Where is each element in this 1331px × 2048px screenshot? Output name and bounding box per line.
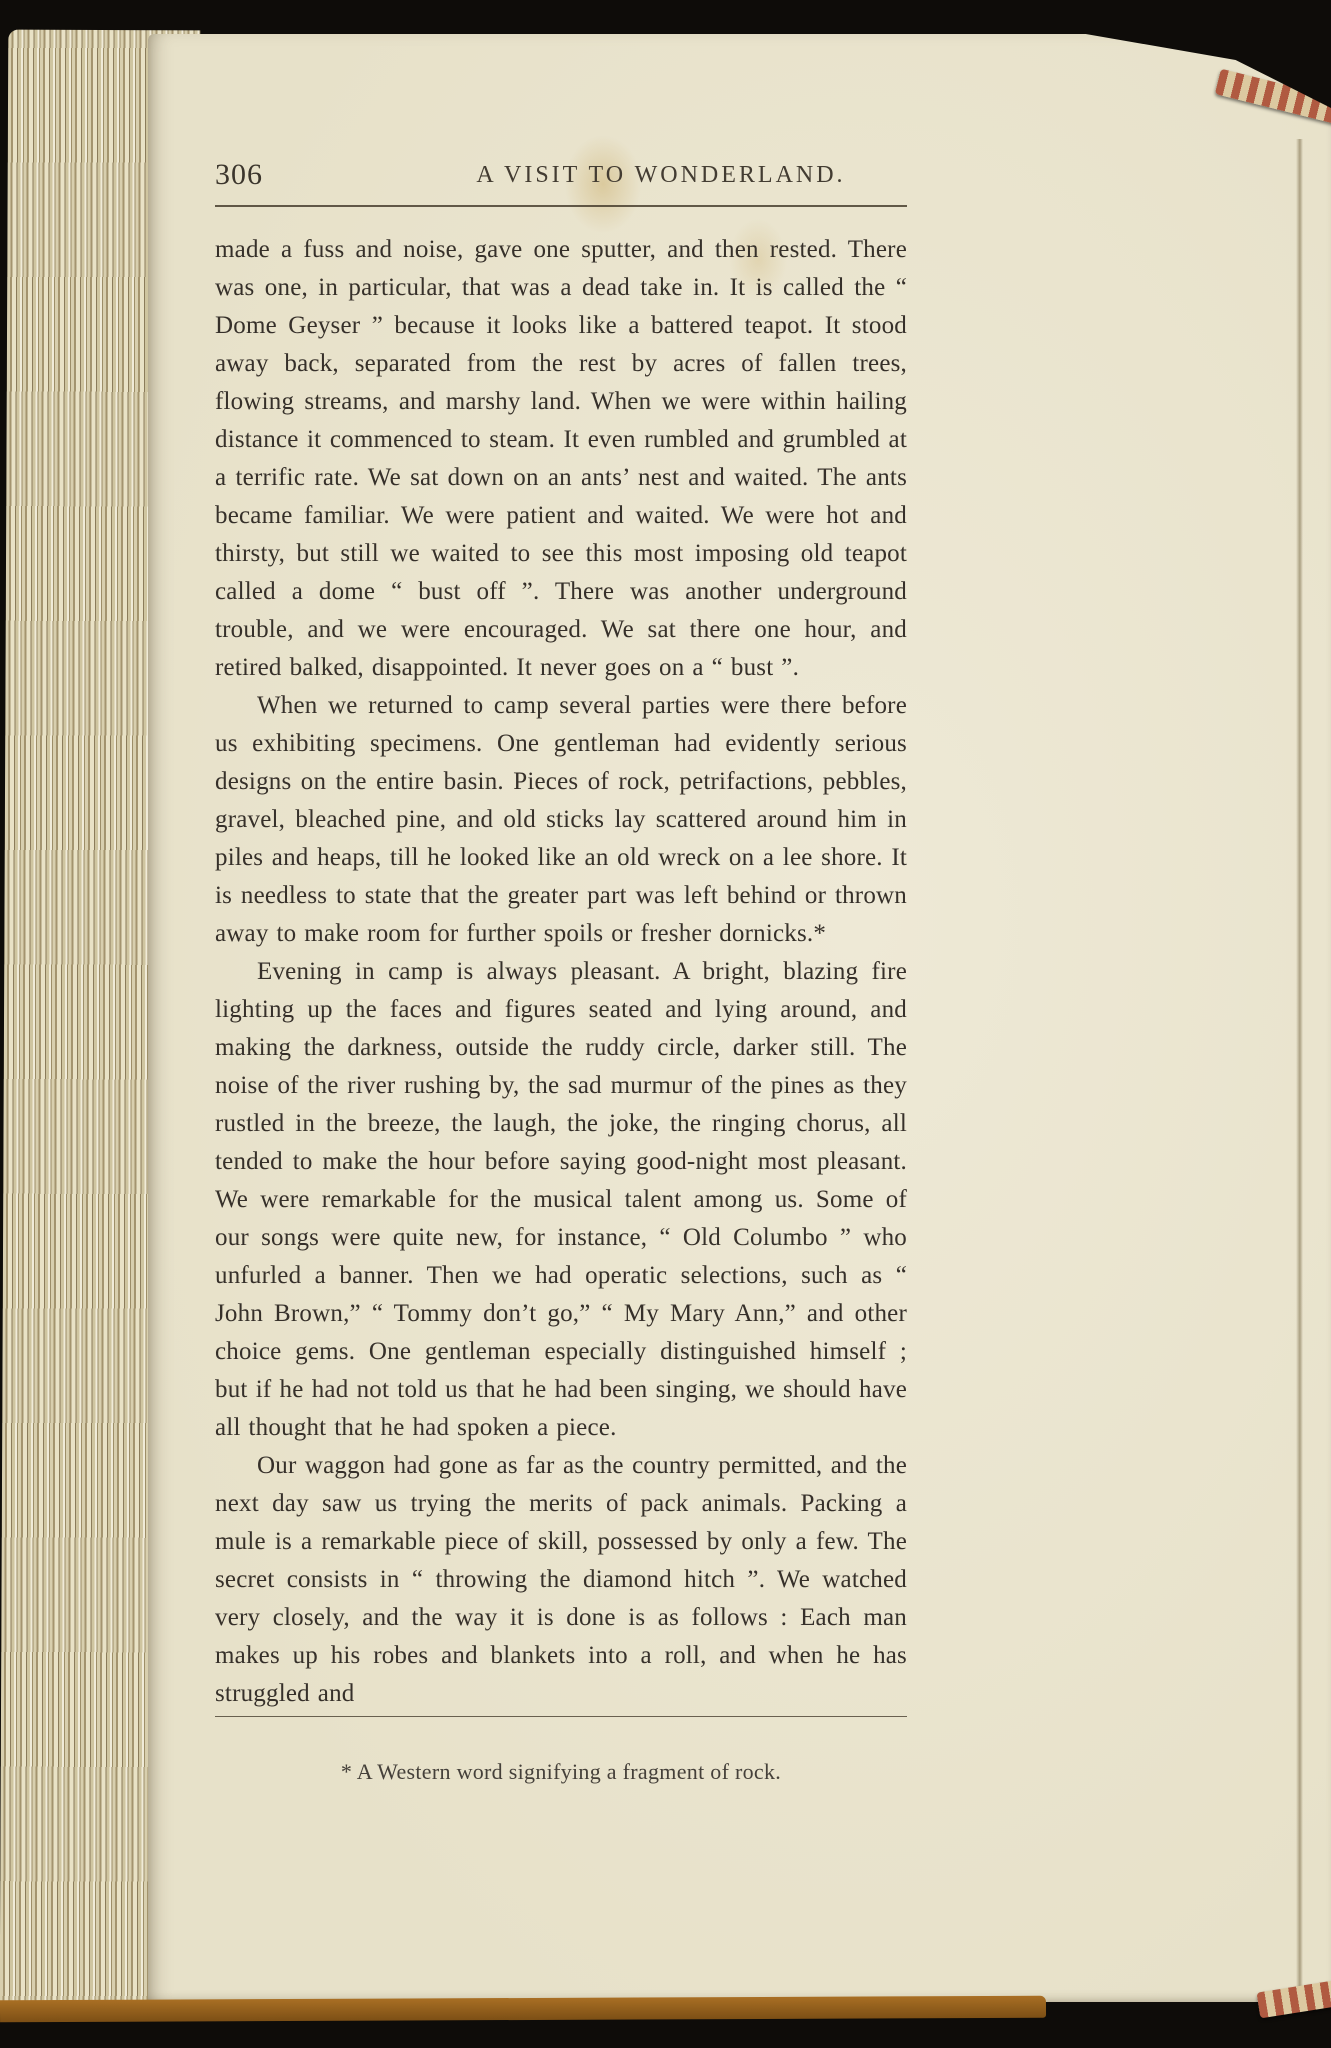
footnote: * A Western word signifying a fragment o… (215, 1756, 907, 1788)
page-crease (1296, 139, 1303, 2019)
scanned-book-photo: 306 A VISIT TO WONDERLAND. made a fuss a… (0, 0, 1331, 2048)
paragraph: Our waggon had gone as far as the countr… (215, 1447, 907, 1713)
header-rule (215, 205, 907, 207)
page-number: 306 (215, 158, 263, 192)
running-title: A VISIT TO WONDERLAND. (476, 162, 845, 189)
book-page: 306 A VISIT TO WONDERLAND. made a fuss a… (148, 34, 1331, 2002)
footnote-rule (215, 1716, 907, 1717)
page-header: 306 A VISIT TO WONDERLAND. (215, 152, 907, 198)
book-cover-edge (0, 1996, 1046, 2023)
paragraph: When we returned to camp several parties… (215, 687, 907, 953)
paragraph: Evening in camp is always pleasant. A br… (215, 953, 907, 1447)
body-text: made a fuss and noise, gave one sputter,… (215, 231, 907, 1713)
paragraph: made a fuss and noise, gave one sputter,… (215, 231, 907, 687)
